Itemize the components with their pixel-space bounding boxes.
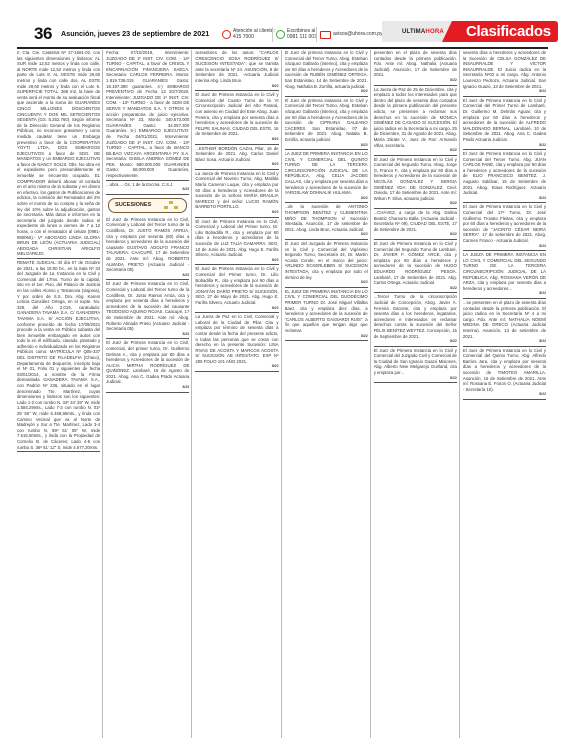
notice-text: El Juez de Primera Instancia en lo Civil… [106,217,189,272]
notice-text: El Juez de Primera Instancia en lo Civil… [106,281,189,331]
column-5: presenten en el plazo de sesenta días co… [374,50,460,738]
header-rule [17,47,548,49]
page-number: 36 [34,24,52,44]
legal-notice: El Juez de Primera Instancia en lo Civil… [463,348,546,400]
legal-notice: El Juez de primera instancia en lo Civil… [285,98,368,150]
notice-text: II, Cta. Cte. Catastral Nº 27-1581-02, c… [17,50,100,256]
notice-code: 8/22 [195,306,278,312]
notice-text: El Juez de Primera Instancia en lo Civil… [374,348,457,375]
legal-notice: Fecha: 07/10/2019, Interviniente: JUZGAD… [106,50,189,181]
legal-notice: La Jueza de Primera Instancia en lo Civi… [195,171,278,218]
notice-text: acreedores de los autos: "CARLOS CRESCEN… [195,50,278,83]
notice-text: El Juez de Primera Instancia en lo Civil… [463,151,546,195]
legal-notice: ...ESTHER BORDÓN CAZAL Pilar, 16 de Seti… [195,146,278,170]
legal-notice: La Jueza de Paz de 25 de Diciembre, cita… [374,87,457,156]
legal-notice: El Juez de Primera Instancia en lo Civil… [374,348,457,384]
notice-code: 8/22 [106,273,189,279]
notice-text: sesenta días a herederos y acreedores de… [463,50,546,89]
page-header: 36 Asunción, jueves 23 de septiembre de … [0,0,580,48]
notice-code: 8/22 [285,232,368,238]
legal-notice: ...CHÁVEZ, a cargo de la Abg. Dalma Beat… [374,210,457,240]
notice-text: ...obra ... Gs. 1 de la Excma. C.S.J. [106,182,173,187]
notice-text: REMATE JUDICIAL: El día 07 de Octubre de… [17,260,100,450]
legal-notice: acreedores de los autos: "CARLOS CRESCEN… [195,50,278,91]
notice-code: 8/22 [463,196,546,202]
notice-text: El Juez de Primera Instancia en lo Civil… [374,241,457,285]
legal-notice: El Juez de Primera Instancia en lo Civil… [463,98,546,150]
notice-code: 8/22 [285,143,368,149]
contact-email[interactable]: avisos@uhora.com.py [316,27,383,42]
contact-whatsapp[interactable]: Escribinos al0981 111 003 [272,27,317,42]
notice-code: 8/22 [285,334,368,340]
column-2: Fecha: 07/10/2019, Interviniente: JUZGAD… [106,50,192,738]
notice-text: El Juez de Primera Instancia en lo Civil… [195,266,278,305]
legal-notice: El Juez de Primera Instancia en lo Civil… [374,241,457,293]
notice-text: ...se presenten en el plazo de sesenta d… [463,300,546,339]
phone-icon [222,30,231,39]
notice-text: El Juez de Primera Instancia en lo Civil… [463,204,546,243]
notice-code: 8/22 [195,84,278,90]
legal-notice: El Juez de Primera Instancia en lo Civil… [374,157,457,209]
notice-code: 8/22 [374,148,457,154]
notice-text: El Juez de Primera Instancia en lo Civil… [463,348,546,392]
notice-text: ...Tercer Turno de la circunscripción Ju… [374,294,457,338]
column-3: acreedores de los autos: "CARLOS CRESCEN… [195,50,281,738]
notice-code: 8/22 [463,244,546,250]
column-1: II, Cta. Cte. Catastral Nº 27-1581-02, c… [17,50,103,738]
brand-part2: HORA [425,29,443,35]
legal-notice: REMATE JUDICIAL: El día 07 de Octubre de… [17,260,100,452]
column-6: sesenta días a herederos y acreedores de… [463,50,548,738]
contact-whatsapp-value: 0981 111 003 [287,35,317,41]
notice-text: El Juez de Primera Instancia en lo Civil… [195,92,278,136]
notice-code: 8/22 [463,392,546,398]
legal-notice: LA JUEZA DE PRIMERA INSTANCIA EN LO CIVI… [463,252,546,299]
notice-code: 8/22 [463,143,546,149]
notice-text: El Juez de primera instancia en lo Civil… [285,98,368,142]
legal-notice: ...Tercer Turno de la circunscripción Ju… [374,294,457,346]
notice-code: 8/22 [374,376,457,382]
notice-code: 8/22 [463,89,546,95]
legal-notice: El Juez de Primera Instancia en lo Civil… [195,92,278,144]
notice-text: EL JUEZ DE PRIMERA INSTANCIA EN LO CIVIL… [285,289,368,333]
notice-code: 8/22 [106,385,189,391]
notice-code: 8/22 [195,258,278,264]
brand-logo: ULTIMAHORA [402,29,444,35]
notice-text: La Jueza de Primera Instancia en lo Civi… [195,171,278,210]
notice-text: El Juez de Primera Instancia en lo Civil… [374,157,457,201]
notice-text: La Jueza de Paz en lo Civil, Comercial y… [195,314,278,364]
notice-code: 8/22 [195,364,278,370]
notice-code: 8/22 [463,291,546,297]
contact-email-label: avisos@uhora.com.py [333,32,383,38]
legal-notice: El Juez de Primera Instancia en lo Civil… [195,219,278,266]
notice-text: ...ESTHER BORDÓN CAZAL Pilar, 16 de Seti… [195,146,278,162]
legal-notice: El Juez de Primera Instancia en lo Civil… [106,281,189,339]
sucesiones-badge: SUCESIONES [108,198,187,213]
legal-notice: El Juez de Primera Instancia en lo Civil… [463,204,546,251]
whatsapp-icon [276,30,285,39]
legal-notice: El Juez de primera instancia en lo Civil… [285,50,368,97]
notice-code: 8/22 [106,187,189,193]
notice-text: El Juez de Primera Instancia en lo Civil… [463,98,546,142]
classifieds-columns: II, Cta. Cte. Catastral Nº 27-1581-02, c… [17,50,548,738]
notice-code: 8/22 [195,162,278,168]
notice-text: El Juez de primera instancia en lo Civil… [285,50,368,89]
legal-notice: El Juez de Primera Instancia en lo Civil… [106,217,189,281]
section-title: Clasificados [466,23,551,40]
notice-text: La Jueza de Paz de 25 de Diciembre, cita… [374,87,457,148]
legal-notice: El Juez de Primera Instancia en lo Civil… [195,266,278,313]
notice-code: 8/22 [374,78,457,84]
badge-label: SUCESIONES [115,202,151,208]
notice-code: 8/22 [285,196,368,202]
notice-text: ...de la sucesión de ANTONIO THOMPSON BE… [285,204,368,231]
notice-text: LA JUEZA DE PRIMERA INSTANCIA EN LO CIVI… [463,252,546,291]
legal-notice: presenten en el plazo de sesenta días co… [374,50,457,86]
notice-code: 8/22 [374,201,457,207]
notice-code: 8/22 [463,339,546,345]
contact-phone-value: 415 7000 [233,35,275,41]
notice-text: ...CHÁVEZ, a cargo de la Abg. Dalma Beat… [374,210,457,232]
notice-text: El Juez de Primera Instancia en lo Civil… [106,340,189,384]
notice-code: 8/22 [285,89,368,95]
notice-code: 8/22 [195,210,278,216]
legal-notice: ...de la sucesión de ANTONIO THOMPSON BE… [285,204,368,240]
notice-text: LA JUEZ DE PRIMERA INSTANCIA EN LO CIVIL… [285,151,368,195]
legal-notice: ...obra ... Gs. 1 de la Excma. C.S.J.8/2… [106,182,189,195]
legal-notice: La Jueza de Paz en lo Civil, Comercial y… [195,314,278,372]
legal-notice: sesenta días a herederos y acreedores de… [463,50,546,97]
notice-code: 8/22 [374,339,457,345]
mail-icon [320,31,331,39]
notice-text: presenten en el plazo de sesenta días co… [374,50,457,77]
notice-text: El Juez del Juzgado de Primera Instancia… [285,241,368,280]
notice-code: 8/22 [374,232,457,238]
legal-notice: El Juez del Juzgado de Primera Instancia… [285,241,368,288]
legal-notice: El Juez de Primera Instancia en lo Civil… [463,151,546,203]
notice-code: 8/22 [374,286,457,292]
column-4: El Juez de primera instancia en lo Civil… [285,50,371,738]
legal-notice: LA JUEZ DE PRIMERA INSTANCIA EN LO CIVIL… [285,151,368,203]
notice-code: 8/22 [285,280,368,286]
notice-code: 8/22 [106,332,189,338]
legal-notice: II, Cta. Cte. Catastral Nº 27-1581-02, c… [17,50,100,259]
notice-code: 8/22 [195,137,278,143]
brand-part1: ULTIMA [402,29,425,35]
legal-notice: EL JUEZ DE PRIMERA INSTANCIA EN LO CIVIL… [285,289,368,341]
notice-text: Fecha: 07/10/2019, Interviniente: JUZGAD… [106,50,189,178]
contact-phone[interactable]: Atención al cliente:415 7000 [222,27,275,42]
notice-text: El Juez de Primera Instancia en lo Civil… [195,219,278,258]
family-tree-icon [162,201,180,210]
legal-notice: ...se presenten en el plazo de sesenta d… [463,300,546,347]
legal-notice: El Juez de Primera Instancia en lo Civil… [106,340,189,392]
page-date: Asunción, jueves 23 de septiembre de 202… [61,29,209,38]
